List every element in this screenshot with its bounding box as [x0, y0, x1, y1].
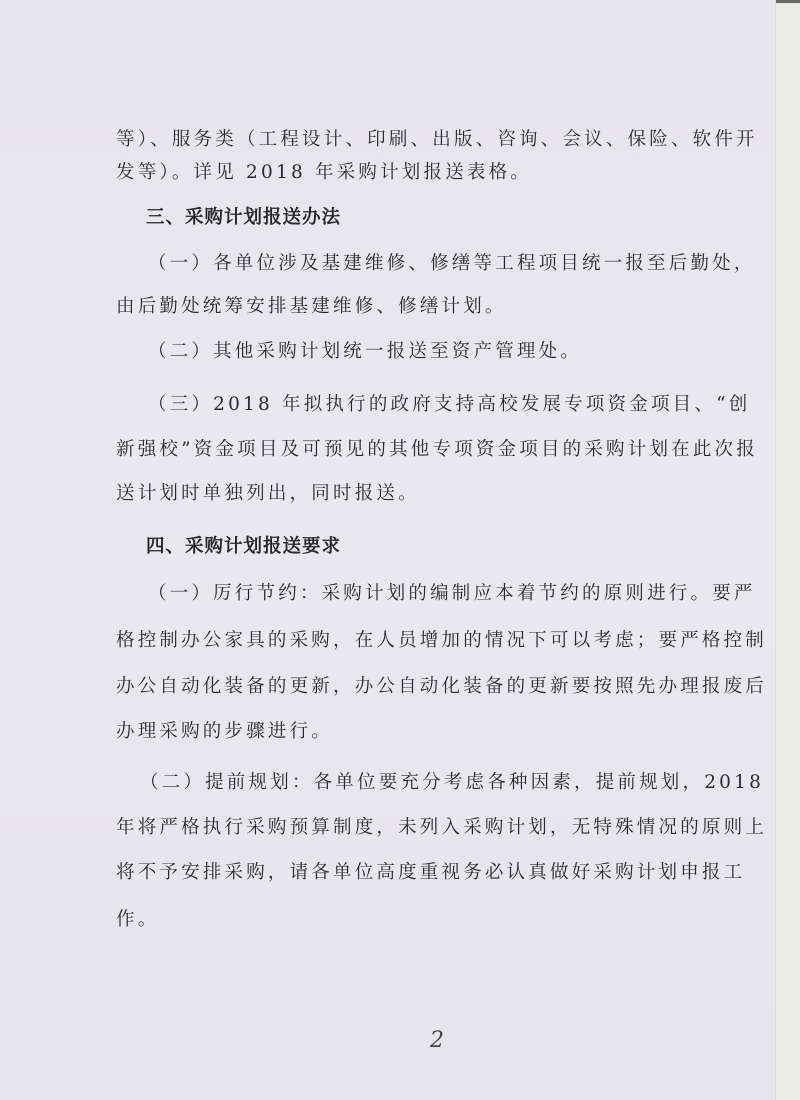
body-line: 办理采购的步骤进行。 — [116, 720, 333, 744]
body-line: （二）其他采购计划统一报送至资产管理处。 — [148, 340, 582, 364]
paper-edge — [775, 0, 800, 1100]
scan-corner-mark — [776, 0, 800, 3]
body-line: 将不予安排采购，请各单位高度重视务必认真做好采购计划申报工 — [116, 861, 745, 885]
handwritten-page-number: 2 — [430, 1028, 444, 1053]
scanned-page: 等）、服务类（工程设计、印刷、出版、咨询、会议、保险、软件开 发等）。详见 20… — [0, 0, 776, 1100]
body-line: （二）提前规划：各单位要充分考虑各种因素，提前规划，2018 — [140, 771, 764, 795]
body-line: （三）2018 年拟执行的政府支持高校发展专项资金项目、“创 — [148, 393, 750, 417]
body-line: 等）、服务类（工程设计、印刷、出版、咨询、会议、保险、软件开 — [116, 128, 758, 152]
body-line: 作。 — [116, 908, 159, 932]
body-line: 办公自动化装备的更新，办公自动化装备的更新要按照先办理报废后 — [116, 675, 767, 699]
body-line: 发等）。详见 2018 年采购计划报送表格。 — [116, 161, 532, 185]
body-line: 格控制办公家具的采购，在人员增加的情况下可以考虑；要严格控制 — [116, 629, 767, 653]
body-line: 由后勤处统筹安排基建维修、修缮计划。 — [116, 295, 507, 319]
body-line: 送计划时单独列出，同时报送。 — [116, 482, 420, 506]
body-line: 新强校”资金项目及可预见的其他专项资金项目的采购计划在此次报 — [116, 438, 758, 462]
body-line: 年将严格执行采购预算制度，未列入采购计划，无特殊情况的原则上 — [116, 816, 767, 840]
body-line: （一）厉行节约：采购计划的编制应本着节约的原则进行。要严 — [148, 582, 756, 606]
section-heading-3: 三、采购计划报送办法 — [146, 206, 341, 230]
body-line: （一）各单位涉及基建维修、修缮等工程项目统一报至后勤处， — [148, 252, 756, 276]
section-heading-4: 四、采购计划报送要求 — [146, 535, 341, 559]
